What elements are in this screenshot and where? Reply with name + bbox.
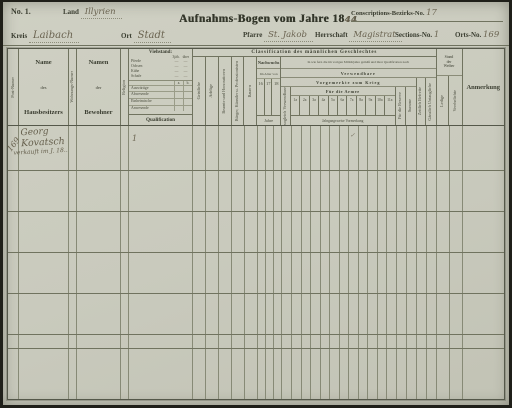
- table-cell: [368, 335, 378, 348]
- presence-cell: [174, 99, 183, 105]
- table-cell: [8, 349, 19, 399]
- table-cell: [378, 294, 388, 334]
- table-cell: [69, 349, 77, 399]
- bewohner-label-line3: Bewohner: [84, 109, 112, 116]
- table-cell: [245, 212, 258, 252]
- table-cell: [311, 253, 321, 293]
- title-printed: Aufnahms-Bogen vom Jahre 18: [179, 13, 345, 25]
- table-cell: [258, 171, 266, 211]
- vorgemerkte-group: Vorgemerkte zum Krieg sogleich Verwendba…: [281, 78, 416, 125]
- viehstand-dash: —: [181, 74, 190, 79]
- presence-cell: [183, 99, 192, 105]
- table-cell: [359, 335, 369, 348]
- table-cell: [387, 349, 397, 399]
- nachwuchs-age-cols: 16 17 18: [257, 79, 280, 115]
- table-cell: [311, 294, 321, 334]
- table-cell: [219, 253, 232, 293]
- classification-group: Classification des männlichen Geschlecht…: [193, 49, 437, 125]
- table-cell: [274, 171, 282, 211]
- table-cell: [321, 335, 331, 348]
- table-cell: [427, 294, 437, 334]
- table-cell: [321, 171, 331, 211]
- conscription-table: Post-Numer Name des Hausbesitzers Wohnun…: [7, 48, 505, 400]
- table-cell: [349, 253, 359, 293]
- table-cell: [397, 335, 407, 348]
- class-col-geistliche: Geistliche: [193, 57, 206, 125]
- table-cell: [417, 171, 427, 211]
- table-cell: [19, 294, 69, 334]
- presence-row-label: Auswärtige: [129, 86, 174, 92]
- nachwuchs-title: Nachwuchs: [257, 57, 280, 69]
- verwendbare-strip: Verwendbare: [281, 69, 436, 78]
- table-cell: [219, 171, 232, 211]
- table-cell: [397, 253, 407, 293]
- table-cell: [292, 212, 302, 252]
- table-cell: [450, 212, 463, 252]
- vorgemerkte-strip: Vorgemerkte zum Krieg: [281, 78, 416, 87]
- table-cell: [397, 294, 407, 334]
- table-cell: [463, 294, 505, 334]
- table-cell: [266, 126, 274, 170]
- post-number-label: Post-Numer: [11, 77, 16, 98]
- armee-col-4a: 4a: [319, 96, 328, 115]
- class-label: Adelige: [209, 84, 214, 98]
- table-cell: [407, 335, 417, 348]
- table-cell: [193, 335, 206, 348]
- table-cell: [274, 253, 282, 293]
- table-cell: [437, 253, 450, 293]
- table-cell: [349, 335, 359, 348]
- classification-title: Classification des männlichen Geschlecht…: [193, 49, 436, 57]
- table-cell: [321, 294, 331, 334]
- table-cell: [121, 335, 129, 348]
- presence-row: Anwesende: [129, 106, 192, 112]
- class-label: Geistliche: [197, 82, 202, 99]
- handwritten-line: verkauft im J. 18..: [13, 147, 67, 157]
- presence-cell: [174, 92, 183, 98]
- viehstand-rows: Pferde——Ochsen——Kühe——Schafe——: [131, 59, 190, 80]
- table-cell: [330, 212, 340, 252]
- table-cell: [321, 126, 331, 170]
- table-cell: [69, 171, 77, 211]
- table-cell: [311, 349, 321, 399]
- table-cell: [266, 335, 274, 348]
- table-cell: [121, 171, 129, 211]
- table-cell: [258, 294, 266, 334]
- table-cell: [311, 212, 321, 252]
- table-cell: [340, 294, 350, 334]
- table-cell: [292, 294, 302, 334]
- bewohner-label-line1: Namen: [89, 59, 109, 66]
- weiber-group: Stand der Weiber Ledige Verehelichte: [437, 49, 463, 125]
- table-cell: [321, 349, 331, 399]
- pfarre-value-handwritten: St. Jakob: [264, 30, 313, 42]
- table-cell: [266, 294, 274, 334]
- table-cell: [302, 171, 312, 211]
- table-cell: [219, 335, 232, 348]
- table-cell: [387, 294, 397, 334]
- weiber-col-ledige: Ledige: [437, 76, 450, 125]
- table-cell: [19, 253, 69, 293]
- table-cell: [387, 212, 397, 252]
- column-anmerkung: Anmerkung: [463, 49, 505, 125]
- table-cell: [349, 171, 359, 211]
- verwendbare-group: In wie fern die im vorigen Militärjahre …: [281, 57, 436, 125]
- table-cell: [407, 349, 417, 399]
- handwritten-entry: ✓: [350, 132, 355, 139]
- table-cell: [437, 349, 450, 399]
- table-row: [8, 212, 504, 253]
- nachwuchs-unit: Jahre: [257, 115, 280, 125]
- class-label: Beamte und Honoratioren: [222, 69, 227, 114]
- land-field: Land Illyrien: [63, 7, 122, 17]
- handwritten-entry: 1: [132, 134, 137, 143]
- table-header: Post-Numer Name des Hausbesitzers Wohnun…: [8, 49, 504, 126]
- table-cell: [266, 253, 274, 293]
- presence-row-label: Anwesende: [129, 106, 174, 112]
- table-cell: [463, 349, 505, 399]
- anmerkung-label: Anmerkung: [466, 84, 500, 91]
- table-cell: [292, 126, 302, 170]
- armee-title: Für die Armee: [291, 87, 395, 96]
- armee-col-5a: 5a: [329, 96, 338, 115]
- table-cell: [330, 349, 340, 399]
- armee-col-3a: 3a: [310, 96, 319, 115]
- table-cell: [274, 212, 282, 252]
- age-col-18: 18: [272, 79, 280, 115]
- table-cell: [245, 171, 258, 211]
- table-cell: [302, 349, 312, 399]
- table-cell: [368, 349, 378, 399]
- column-hausbesitzer: Name des Hausbesitzers: [19, 49, 69, 125]
- table-cell: [359, 212, 369, 252]
- armee-col-2a: 2a: [300, 96, 309, 115]
- table-cell: [193, 294, 206, 334]
- table-cell: [302, 253, 312, 293]
- table-cell: [368, 171, 378, 211]
- table-cell: [437, 294, 450, 334]
- reserve-col: Für die Reserve: [396, 87, 406, 125]
- summe-label: Summe: [408, 99, 413, 112]
- table-cell: ✓: [349, 126, 359, 170]
- ort-value-handwritten: Stadt: [134, 30, 171, 43]
- table-cell: [417, 212, 427, 252]
- table-cell: [387, 335, 397, 348]
- column-qualification-box: Viehstand: 3jäh. über Pferde——Ochsen——Kü…: [129, 49, 193, 125]
- table-cell: [427, 349, 437, 399]
- age-col-17: 17: [265, 79, 273, 115]
- table-cell: [129, 212, 193, 252]
- table-cell: [206, 171, 219, 211]
- table-cell: [282, 253, 292, 293]
- armee-col-6a: 6a: [338, 96, 347, 115]
- armee-footer: Jahrgangsweise Vormerkung: [291, 115, 395, 125]
- table-cell: [282, 349, 292, 399]
- religion-label: Religion: [122, 80, 127, 95]
- table-cell: [219, 294, 232, 334]
- table-cell: [321, 212, 331, 252]
- table-cell: [258, 126, 266, 170]
- table-cell: [368, 212, 378, 252]
- table-cell: 169: [8, 126, 19, 170]
- table-cell: [232, 253, 245, 293]
- kreis-label: Kreis: [11, 32, 27, 40]
- herrschaft-value-handwritten: Magistrat: [349, 30, 401, 42]
- presence-row: Auswärtige: [129, 86, 192, 93]
- armee-columns: 1a2a3a4a5a6a7a8a9a10a11a: [291, 96, 395, 115]
- table-cell: [69, 126, 77, 170]
- table-cell: GeorgKovatschverkauft im J. 18..: [19, 126, 69, 170]
- table-cell: [8, 335, 19, 348]
- table-cell: [206, 212, 219, 252]
- table-cell: [378, 126, 388, 170]
- presence-col-a: a.: [174, 81, 183, 85]
- armee-col-11a: 11a: [385, 96, 394, 115]
- kreis-field: Kreis Laibach: [11, 30, 79, 41]
- presence-cell: [183, 86, 192, 92]
- table-cell: [397, 349, 407, 399]
- table-cell: [463, 335, 505, 348]
- untaugliche-col: Gänzlich Untaugliche: [426, 78, 436, 125]
- sogleich-label: sogleich Verwendbare: [283, 87, 288, 125]
- weiber-title-line3: Weiber: [444, 64, 455, 69]
- table-cell: [407, 212, 417, 252]
- table-cell: [77, 349, 121, 399]
- table-cell: [193, 253, 206, 293]
- wohnungs-number-label: Wohnungs-Numer: [70, 71, 75, 103]
- table-cell: [121, 294, 129, 334]
- table-cell: [282, 335, 292, 348]
- table-cell: [437, 126, 450, 170]
- table-cell: [463, 171, 505, 211]
- table-cell: [193, 349, 206, 399]
- table-cell: [232, 212, 245, 252]
- table-cell: [8, 253, 19, 293]
- table-cell: [219, 349, 232, 399]
- presence-row: Einheimische: [129, 99, 192, 106]
- table-cell: [292, 253, 302, 293]
- table-cell: [8, 212, 19, 252]
- weiber-col-label: Verehelichte: [453, 90, 458, 111]
- table-cell: [397, 212, 407, 252]
- table-cell: [378, 212, 388, 252]
- viehstand-row: Schafe——: [131, 74, 190, 79]
- pfarre-field: Pfarre St. Jakob: [243, 30, 313, 40]
- table-cell: [245, 294, 258, 334]
- armee-col-10a: 10a: [376, 96, 385, 115]
- page-title: Aufnahms-Bogen vom Jahre 1844: [179, 13, 357, 25]
- weiber-col-verehelichte: Verehelichte: [449, 76, 461, 125]
- table-cell: [77, 171, 121, 211]
- table-cell: [407, 253, 417, 293]
- table-cell: [219, 212, 232, 252]
- table-cell: [311, 171, 321, 211]
- table-cell: [77, 253, 121, 293]
- table-cell: [330, 294, 340, 334]
- table-cell: [463, 126, 505, 170]
- column-bewohner: Namen der Bewohner: [77, 49, 121, 125]
- table-cell: [427, 253, 437, 293]
- hausbesitzer-label-line1: Name: [35, 59, 51, 66]
- table-cell: [450, 335, 463, 348]
- table-cell: [77, 212, 121, 252]
- class-col-bauern: Bauern: [244, 57, 257, 125]
- table-cell: [427, 335, 437, 348]
- presence-row: Abwesende: [129, 92, 192, 99]
- table-cell: [397, 126, 407, 170]
- column-religion: Religion: [121, 49, 129, 125]
- table-cell: [427, 126, 437, 170]
- table-cell: [129, 253, 193, 293]
- table-cell: [274, 126, 282, 170]
- weiber-columns: Ledige Verehelichte: [437, 76, 462, 125]
- table-cell: [219, 126, 232, 170]
- table-cell: [463, 212, 505, 252]
- orts-value-handwritten: 169: [483, 30, 499, 40]
- age-col-16: 16: [257, 79, 265, 115]
- table-cell: [340, 171, 350, 211]
- table-cell: [69, 253, 77, 293]
- presence-row-label: Abwesende: [129, 92, 174, 98]
- table-cell: [19, 335, 69, 348]
- classification-columns: Geistliche Adelige Beamte und Honoratior…: [193, 57, 436, 125]
- presence-box: a.b.AuswärtigeAbwesendeEinheimischeAnwes…: [129, 81, 192, 115]
- table-cell: [427, 212, 437, 252]
- bewohner-label-line2: der: [96, 85, 102, 90]
- table-cell: [330, 253, 340, 293]
- table-cell: [359, 126, 369, 170]
- table-cell: [245, 126, 258, 170]
- table-cell: [321, 253, 331, 293]
- table-cell: [349, 294, 359, 334]
- table-cell: [349, 349, 359, 399]
- table-cell: [232, 335, 245, 348]
- table-cell: [359, 294, 369, 334]
- table-cell: [274, 349, 282, 399]
- class-col-buerger: Bürger, Künstler u. Professionisten: [232, 57, 245, 125]
- table-cell: [427, 171, 437, 211]
- sections-label: Sections-No.: [395, 31, 432, 39]
- table-cell: [121, 253, 129, 293]
- table-cell: [274, 294, 282, 334]
- weiber-title: Stand der Weiber: [437, 49, 462, 76]
- table-cell: [378, 253, 388, 293]
- table-cell: [121, 212, 129, 252]
- table-cell: [19, 349, 69, 399]
- table-cell: [282, 212, 292, 252]
- table-cell: [77, 335, 121, 348]
- table-cell: [450, 294, 463, 334]
- table-cell: [121, 126, 129, 170]
- table-cell: [450, 349, 463, 399]
- conscription-value-handwritten: 17: [426, 8, 437, 18]
- classification-note: In wie fern die im vorigen Militärjahre …: [281, 57, 436, 69]
- hausbesitzer-label-line2: des: [41, 85, 47, 90]
- table-cell: [274, 335, 282, 348]
- table-cell: [368, 253, 378, 293]
- armee-col-8a: 8a: [357, 96, 366, 115]
- herrschaft-field: Herrschaft Magistrat: [315, 30, 402, 40]
- table-cell: [232, 294, 245, 334]
- table-cell: [206, 294, 219, 334]
- table-cell: [387, 253, 397, 293]
- table-cell: [349, 212, 359, 252]
- handwritten-entry: GeorgKovatschverkauft im J. 18..: [20, 126, 68, 156]
- table-cell: [397, 171, 407, 211]
- table-cell: [206, 126, 219, 170]
- table-body: 169GeorgKovatschverkauft im J. 18..1✓: [8, 126, 504, 399]
- table-cell: [417, 349, 427, 399]
- table-cell: [245, 253, 258, 293]
- table-cell: [378, 349, 388, 399]
- table-cell: [302, 335, 312, 348]
- presence-cell: [174, 106, 183, 112]
- table-cell: [232, 349, 245, 399]
- table-cell: 1: [129, 126, 193, 170]
- form-number: No. 1.: [11, 7, 31, 16]
- table-cell: [368, 294, 378, 334]
- table-cell: [437, 171, 450, 211]
- table-cell: [121, 349, 129, 399]
- class-col-adelige: Adelige: [206, 57, 219, 125]
- viehstand-box: Viehstand: 3jäh. über Pferde——Ochsen——Kü…: [129, 49, 192, 81]
- befreite-label: Zeitlich Befreite: [418, 87, 423, 115]
- table-cell: [302, 126, 312, 170]
- ort-field: Ort Stadt: [121, 30, 171, 41]
- presence-row-label: Einheimische: [129, 99, 174, 105]
- table-cell: [387, 171, 397, 211]
- table-row: [8, 253, 504, 294]
- form-top-band: No. 1. Land Illyrien Aufnahms-Bogen vom …: [3, 2, 509, 46]
- table-cell: [311, 335, 321, 348]
- table-cell: [282, 171, 292, 211]
- conscription-field: Conscriptions-Bezirks-No. 17: [351, 8, 503, 22]
- viehstand-row-label: Schafe: [131, 74, 172, 79]
- table-cell: [258, 253, 266, 293]
- table-cell: [129, 294, 193, 334]
- table-row: [8, 349, 504, 399]
- table-cell: [193, 171, 206, 211]
- table-cell: [292, 349, 302, 399]
- armee-col-9a: 9a: [366, 96, 375, 115]
- scanned-form-paper: No. 1. Land Illyrien Aufnahms-Bogen vom …: [3, 2, 509, 405]
- table-cell: [232, 171, 245, 211]
- table-cell: [266, 171, 274, 211]
- table-cell: [417, 335, 427, 348]
- class-col-beamte: Beamte und Honoratioren: [219, 57, 232, 125]
- armee-group: Für die Armee 1a2a3a4a5a6a7a8a9a10a11a J…: [291, 87, 396, 125]
- table-cell: [417, 294, 427, 334]
- table-cell: [340, 335, 350, 348]
- pfarre-label: Pfarre: [243, 31, 262, 39]
- table-cell: [450, 171, 463, 211]
- table-cell: [129, 349, 193, 399]
- table-cell: [129, 171, 193, 211]
- presence-col-b: b.: [183, 81, 192, 85]
- table-row: [8, 171, 504, 212]
- table-cell: [417, 126, 427, 170]
- table-cell: [8, 171, 19, 211]
- table-cell: [69, 294, 77, 334]
- table-cell: [368, 126, 378, 170]
- table-cell: [378, 335, 388, 348]
- table-cell: [387, 126, 397, 170]
- kreis-value-handwritten: Laibach: [29, 30, 79, 43]
- table-cell: [378, 171, 388, 211]
- ort-label: Ort: [121, 32, 132, 40]
- table-cell: [340, 212, 350, 252]
- sections-field: Sections-No. 1: [395, 30, 439, 40]
